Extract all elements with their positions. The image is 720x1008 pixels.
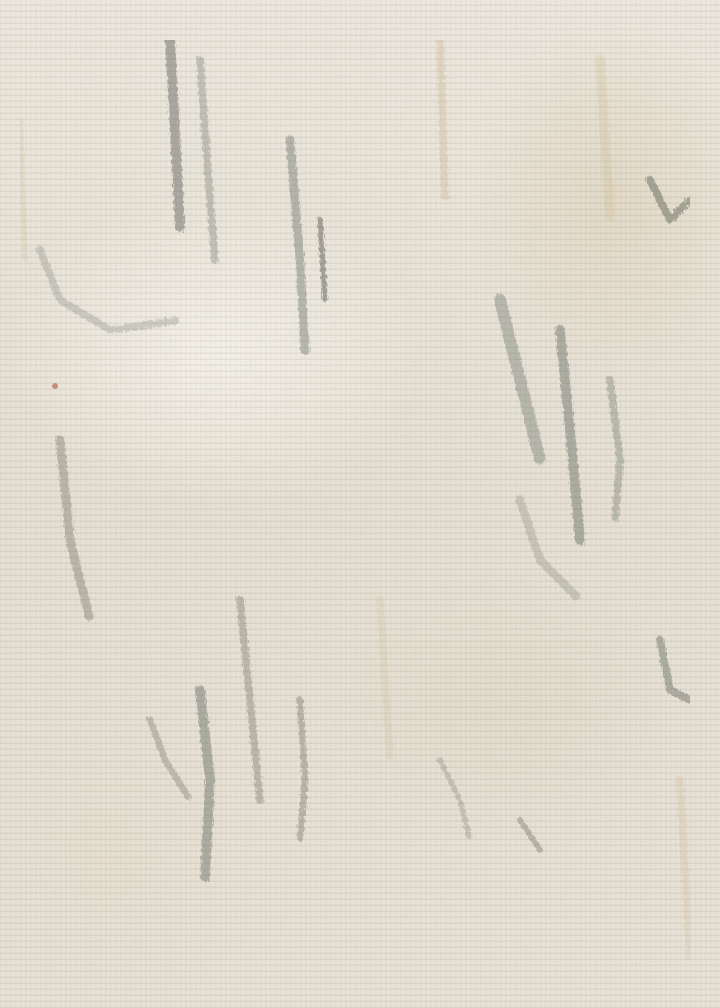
rug-texture-photo [0,0,720,1008]
rug-faded-pattern [0,0,720,1008]
